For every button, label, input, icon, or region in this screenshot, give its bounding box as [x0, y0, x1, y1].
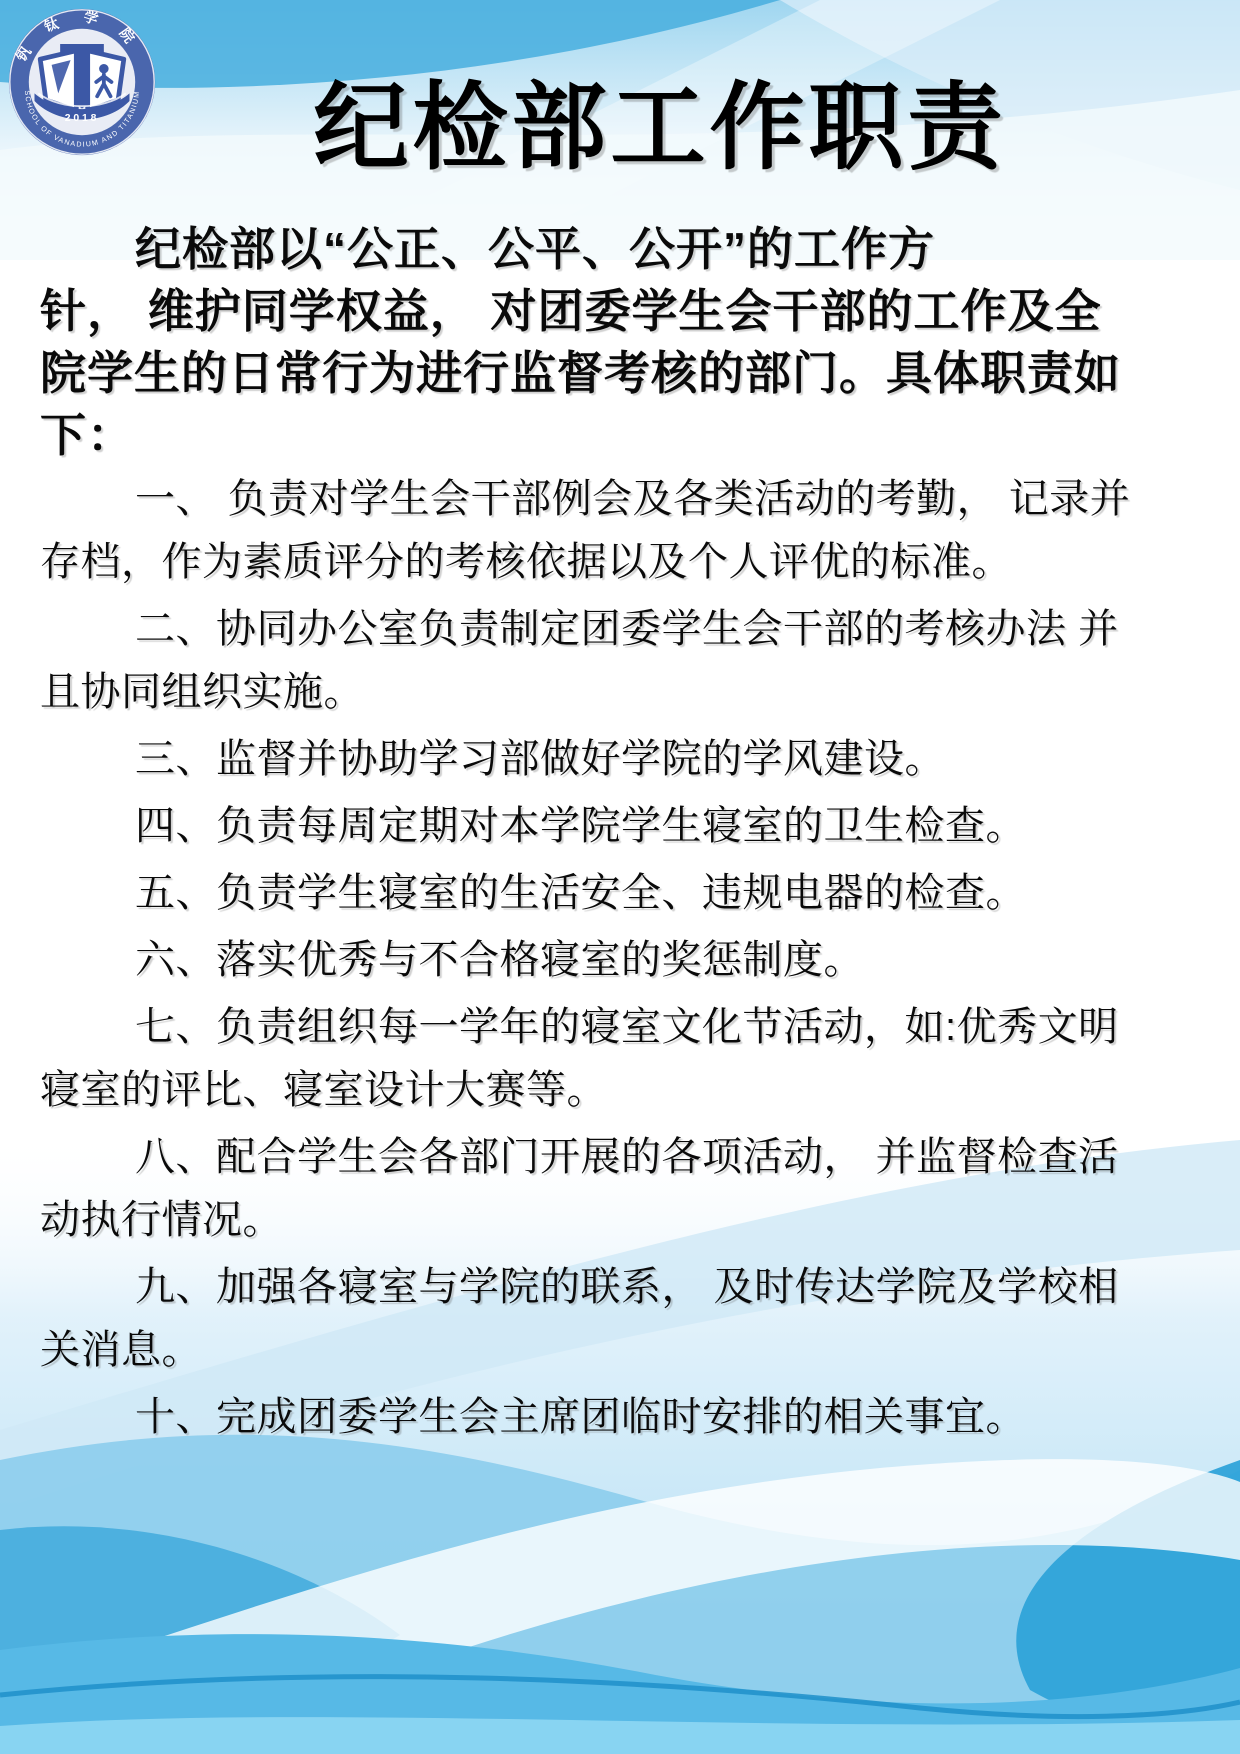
paragraph-item-7: 七、负责组织每一学年的寝室文化节活动，如:优秀文明寝室的评比、寝室设计大赛等。: [40, 996, 1204, 1122]
paragraph-item-10: 十、完成团委学生会主席团临时安排的相关事宜。: [40, 1386, 1204, 1449]
text-line: 针， 维护同学权益， 对团委学生会干部的工作及全: [40, 280, 1204, 342]
paragraph-item-2: 二、协同办公室负责制定团委学生会干部的考核办法 并且协同组织实施。: [40, 598, 1204, 724]
text-line: 院学生的日常行为进行监督考核的部门。具体职责如: [40, 342, 1204, 404]
paragraph-item-4: 四、负责每周定期对本学院学生寝室的卫生检查。: [40, 795, 1204, 858]
logo-person-icon: [99, 64, 109, 73]
text-line: 二、协同办公室负责制定团委学生会干部的考核办法 并: [40, 598, 1204, 661]
paragraph-item-6: 六、落实优秀与不合格寝室的奖惩制度。: [40, 929, 1204, 992]
poster-page: 钒钛学院 SCHOOL OF VANADIUM AND TITANIUM 201…: [0, 0, 1240, 1754]
page-title: 纪检部工作职责: [120, 52, 1200, 188]
text-line: 五、负责学生寝室的生活安全、违规电器的检查。: [40, 862, 1204, 925]
text-line: 纪检部以“公正、公平、公开”的工作方: [40, 218, 1204, 280]
paragraph-item-5: 五、负责学生寝室的生活安全、违规电器的检查。: [40, 862, 1204, 925]
paragraph-item-1: 一、 负责对学生会干部例会及各类活动的考勤， 记录并存档，作为素质评分的考核依据…: [40, 468, 1204, 594]
text-line: 十、完成团委学生会主席团临时安排的相关事宜。: [40, 1386, 1204, 1449]
paragraph-item-3: 三、监督并协助学习部做好学院的学风建设。: [40, 728, 1204, 791]
paragraph-item-9: 九、加强各寝室与学院的联系， 及时传达学院及学校相关消息。: [40, 1256, 1204, 1382]
logo-book-emblem: [35, 44, 130, 120]
text-line: 九、加强各寝室与学院的联系， 及时传达学院及学校相: [40, 1256, 1204, 1319]
text-line: 七、负责组织每一学年的寝室文化节活动，如:优秀文明: [40, 996, 1204, 1059]
text-line: 存档，作为素质评分的考核依据以及个人评优的标准。: [40, 531, 1204, 594]
text-line: 寝室的评比、寝室设计大赛等。: [40, 1059, 1204, 1122]
text-line: 八、配合学生会各部门开展的各项活动， 并监督检查活: [40, 1126, 1204, 1189]
text-line: 下：: [40, 404, 1204, 466]
text-line: 六、落实优秀与不合格寝室的奖惩制度。: [40, 929, 1204, 992]
text-line: 关消息。: [40, 1319, 1204, 1382]
text-line: 动执行情况。: [40, 1189, 1204, 1252]
text-line: 一、 负责对学生会干部例会及各类活动的考勤， 记录并: [40, 468, 1204, 531]
text-line: 且协同组织实施。: [40, 661, 1204, 724]
text-line: 三、监督并协助学习部做好学院的学风建设。: [40, 728, 1204, 791]
document-body: 纪检部以“公正、公平、公开”的工作方针， 维护同学权益， 对团委学生会干部的工作…: [40, 218, 1204, 1453]
logo-year: 2018: [65, 113, 100, 124]
paragraph-intro: 纪检部以“公正、公平、公开”的工作方针， 维护同学权益， 对团委学生会干部的工作…: [40, 218, 1204, 466]
text-line: 四、负责每周定期对本学院学生寝室的卫生检查。: [40, 795, 1204, 858]
paragraph-item-8: 八、配合学生会各部门开展的各项活动， 并监督检查活动执行情况。: [40, 1126, 1204, 1252]
